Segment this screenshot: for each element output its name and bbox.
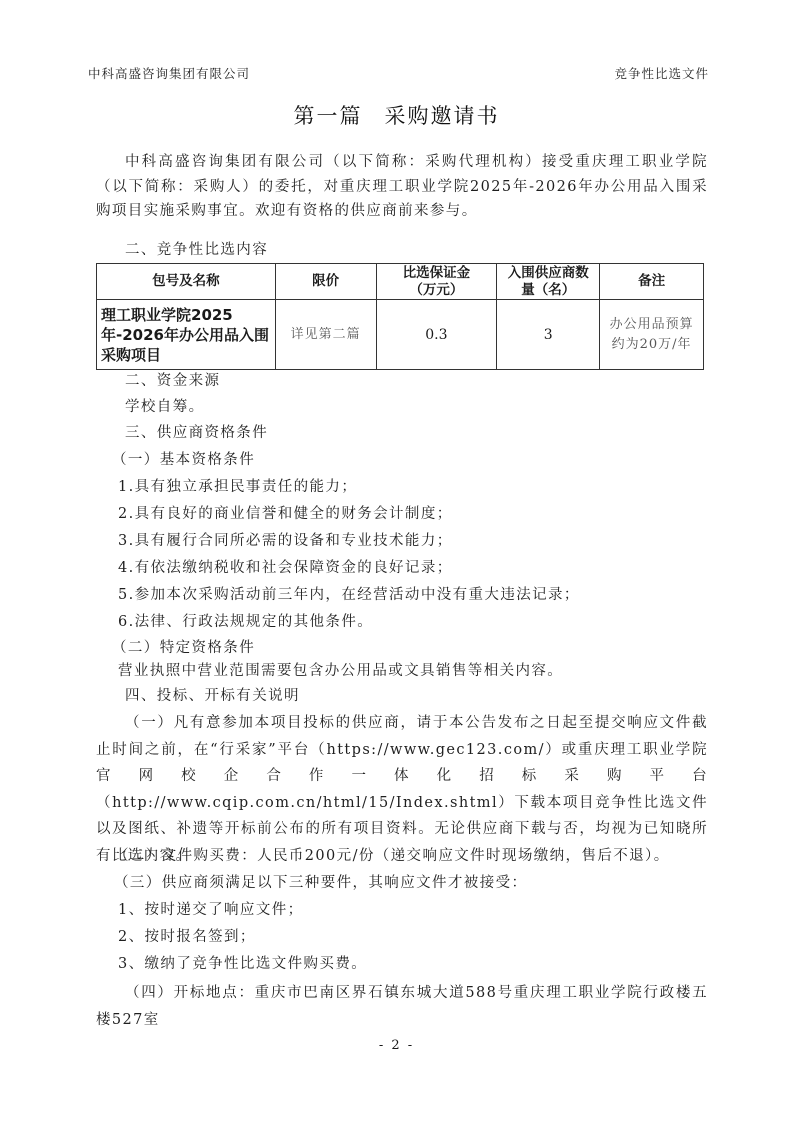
requirement-1: 1、按时递交了响应文件； [118, 898, 730, 923]
bid-content-table: 包号及名称 限价 比选保证金 （万元） 入围供应商数 量（名） 备注 理工职业学… [96, 263, 704, 370]
bidding-paragraph-4: （四）开标地点：重庆市巴南区界石镇东城大道588号重庆理工职业学院行政楼五楼52… [96, 980, 708, 1034]
cell-suppliers: 3 [497, 300, 600, 370]
basic-item-6: 6.法律、行政法规规定的其他条件。 [118, 610, 730, 635]
section-content-heading: 二、竞争性比选内容 [96, 238, 708, 263]
cell-note: 办公用品预算约为20万/年 [600, 300, 704, 370]
intro-paragraph: 中科高盛咨询集团有限公司（以下简称：采购代理机构）接受重庆理工职业学院（以下简称… [96, 150, 708, 224]
col-header-note: 备注 [600, 264, 704, 300]
specific-qualification-text: 营业执照中营业范围需要包含办公用品或文具销售等相关内容。 [118, 659, 730, 684]
requirement-3: 3、缴纳了竞争性比选文件购买费。 [118, 952, 730, 977]
page-number: - 2 - [0, 1038, 793, 1053]
header-doc-type: 竞争性比选文件 [614, 64, 709, 82]
basic-item-1: 1.具有独立承担民事责任的能力； [118, 475, 730, 500]
cell-limit: 详见第二篇 [275, 300, 376, 370]
basic-item-3: 3.具有履行合同所必需的设备和专业技术能力； [118, 529, 730, 554]
col-header-limit: 限价 [275, 264, 376, 300]
bidding-paragraph-3: （三）供应商须满足以下三种要件，其响应文件才被接受： [114, 871, 726, 896]
header-company: 中科高盛咨询集团有限公司 [88, 64, 250, 82]
bidding-paragraph-2: （二）文件购买费：人民币200元/份（递交响应文件时现场缴纳，售后不退）。 [114, 844, 726, 869]
section-funding-text: 学校自筹。 [96, 395, 708, 420]
col-header-deposit: 比选保证金 （万元） [376, 264, 497, 300]
cell-package-name: 理工职业学院2025年-2026年办公用品入围采购项目 [97, 300, 276, 370]
basic-item-5: 5.参加本次采购活动前三年内，在经营活动中没有重大违法记录； [118, 583, 730, 608]
page-title: 第一篇采购邀请书 [0, 100, 793, 130]
section-qualification-heading: 三、供应商资格条件 [96, 421, 708, 446]
section-funding-heading: 二、资金来源 [96, 369, 708, 394]
cell-deposit: 0.3 [376, 300, 497, 370]
specific-qualification-heading: （二）特定资格条件 [112, 636, 724, 661]
table-header-row: 包号及名称 限价 比选保证金 （万元） 入围供应商数 量（名） 备注 [97, 264, 704, 300]
col-header-suppliers: 入围供应商数 量（名） [497, 264, 600, 300]
title-name: 采购邀请书 [385, 104, 500, 128]
basic-qualification-heading: （一）基本资格条件 [112, 448, 724, 473]
basic-item-4: 4.有依法缴纳税收和社会保障资金的良好记录； [118, 556, 730, 581]
requirement-2: 2、按时报名签到； [118, 925, 730, 950]
table-row: 理工职业学院2025年-2026年办公用品入围采购项目 详见第二篇 0.3 3 … [97, 300, 704, 370]
col-header-package: 包号及名称 [97, 264, 276, 300]
basic-item-2: 2.具有良好的商业信誉和健全的财务会计制度； [118, 502, 730, 527]
title-part: 第一篇 [294, 104, 363, 128]
section-bidding-heading: 四、投标、开标有关说明 [96, 684, 708, 709]
